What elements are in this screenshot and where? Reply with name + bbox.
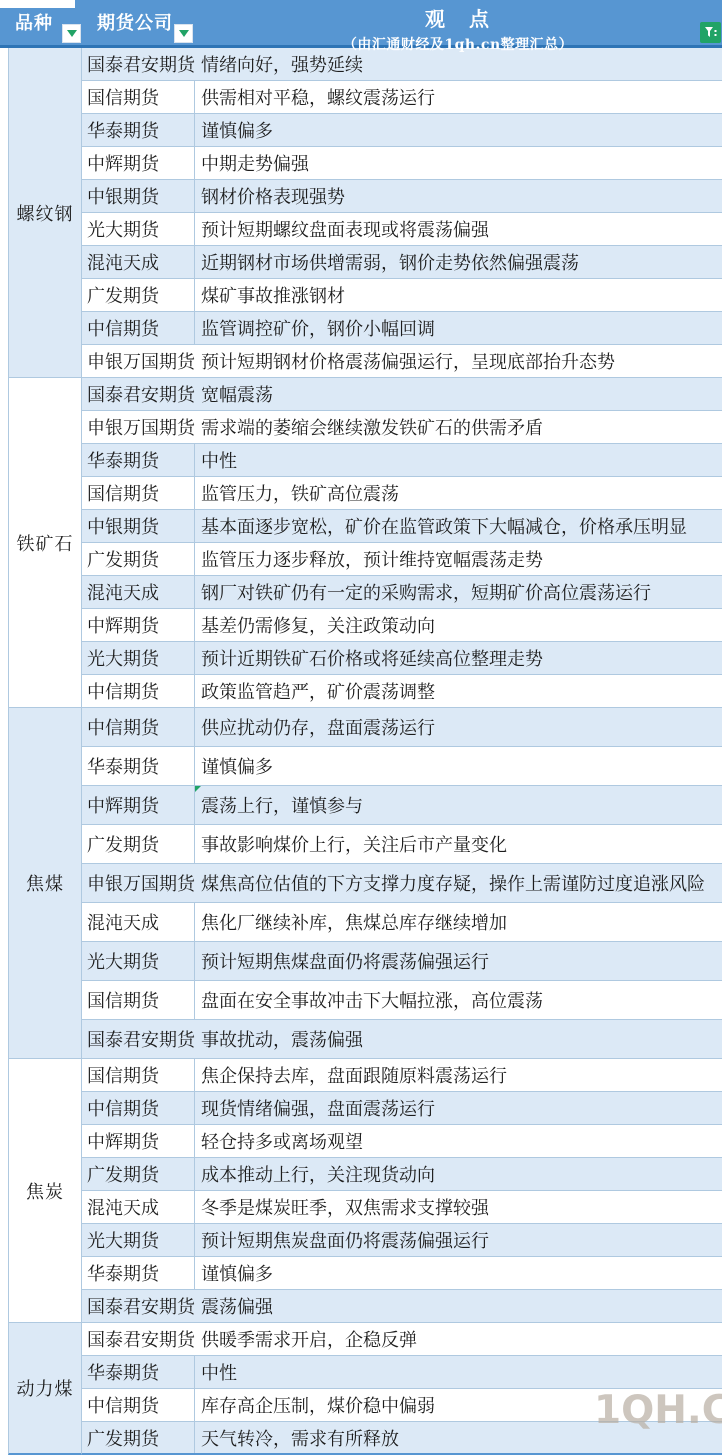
table-row: 华泰期货谨慎偏多 [82, 747, 722, 786]
company-cell[interactable]: 中银期货 [82, 180, 194, 212]
company-cell[interactable]: 中信期货 [82, 708, 194, 746]
variety-section: 螺纹钢国泰君安期货情绪向好，强势延续国信期货供需相对平稳，螺纹震荡运行华泰期货谨… [8, 48, 722, 378]
view-cell[interactable]: 震荡上行，谨慎参与 [194, 786, 722, 824]
view-cell[interactable]: 监管压力逐步释放，预计维持宽幅震荡走势 [194, 543, 722, 575]
view-cell[interactable]: 焦化厂继续补库，焦煤总库存继续增加 [194, 903, 722, 941]
view-cell[interactable]: 供需相对平稳，螺纹震荡运行 [194, 81, 722, 113]
view-cell[interactable]: 需求端的萎缩会继续激发铁矿石的供需矛盾 [194, 411, 722, 443]
table-row: 华泰期货谨慎偏多 [82, 1257, 722, 1290]
view-cell[interactable]: 预计短期焦煤盘面仍将震荡偏强运行 [194, 942, 722, 980]
section-rows: 国泰君安期货宽幅震荡申银万国期货需求端的萎缩会继续激发铁矿石的供需矛盾华泰期货中… [82, 378, 722, 708]
company-cell[interactable]: 国信期货 [82, 1059, 194, 1091]
view-cell[interactable]: 供暖季需求开启，企稳反弹 [194, 1323, 722, 1355]
variety-section: 焦煤中信期货供应扰动仍存，盘面震荡运行华泰期货谨慎偏多中辉期货震荡上行，谨慎参与… [8, 708, 722, 1059]
view-filter-button[interactable] [700, 22, 721, 43]
company-cell[interactable]: 混沌天成 [82, 576, 194, 608]
company-cell[interactable]: 申银万国期货 [82, 411, 194, 443]
company-cell[interactable]: 光大期货 [82, 1224, 194, 1256]
table-row: 中辉期货基差仍需修复，关注政策动向 [82, 609, 722, 642]
company-cell[interactable]: 广发期货 [82, 825, 194, 863]
company-cell[interactable]: 华泰期货 [82, 114, 194, 146]
table-row: 中银期货钢材价格表现强势 [82, 180, 722, 213]
view-cell[interactable]: 预计短期焦炭盘面仍将震荡偏强运行 [194, 1224, 722, 1256]
company-cell[interactable]: 华泰期货 [82, 444, 194, 476]
variety-cell[interactable]: 铁矿石 [8, 378, 82, 708]
company-cell[interactable]: 广发期货 [82, 1422, 194, 1453]
column-header-company: 期货公司 [82, 0, 194, 45]
view-cell[interactable]: 煤矿事故推涨钢材 [194, 279, 722, 311]
filter-dropdown-icon [67, 30, 77, 37]
comment-flag-icon [195, 786, 201, 792]
view-cell[interactable]: 谨慎偏多 [194, 114, 722, 146]
company-cell[interactable]: 混沌天成 [82, 903, 194, 941]
table-row: 中信期货政策监管趋严，矿价震荡调整 [82, 675, 722, 708]
view-header-title: 观 点 [194, 3, 722, 32]
view-cell[interactable]: 天气转冷，需求有所释放 [194, 1422, 722, 1453]
table-row: 中信期货库存高企压制，煤价稳中偏弱 [82, 1389, 722, 1422]
variety-filter-button[interactable] [62, 24, 81, 43]
company-cell[interactable]: 广发期货 [82, 279, 194, 311]
view-cell[interactable]: 盘面在安全事故冲击下大幅拉涨，高位震荡 [194, 981, 722, 1019]
variety-cell[interactable]: 焦煤 [8, 708, 82, 1059]
column-header-variety: 品种 [0, 0, 82, 45]
section-rows: 中信期货供应扰动仍存，盘面震荡运行华泰期货谨慎偏多中辉期货震荡上行，谨慎参与广发… [82, 708, 722, 1059]
company-cell[interactable]: 混沌天成 [82, 246, 194, 278]
view-cell[interactable]: 震荡偏强 [194, 1290, 722, 1322]
company-cell[interactable]: 国泰君安期货 [82, 48, 194, 80]
table-row: 广发期货监管压力逐步释放，预计维持宽幅震荡走势 [82, 543, 722, 576]
table-row: 华泰期货中性 [82, 1356, 722, 1389]
table-header: 品种 期货公司 观 点 （由汇通财经及1qh.cn整理汇总） [0, 0, 722, 48]
table-row: 混沌天成钢厂对铁矿仍有一定的采购需求，短期矿价高位震荡运行 [82, 576, 722, 609]
view-cell[interactable]: 中性 [194, 1356, 722, 1388]
view-cell[interactable]: 现货情绪偏强，盘面震荡运行 [194, 1092, 722, 1124]
table-row: 申银万国期货预计短期钢材价格震荡偏强运行，呈现底部抬升态势 [82, 345, 722, 378]
view-cell[interactable]: 中性 [194, 444, 722, 476]
company-cell[interactable]: 国泰君安期货 [82, 1323, 194, 1355]
table-row: 混沌天成冬季是煤炭旺季，双焦需求支撑较强 [82, 1191, 722, 1224]
table-row: 国信期货盘面在安全事故冲击下大幅拉涨，高位震荡 [82, 981, 722, 1020]
column-header-view: 观 点 （由汇通财经及1qh.cn整理汇总） [194, 0, 722, 45]
company-cell[interactable]: 中辉期货 [82, 147, 194, 179]
view-cell[interactable]: 基本面逐步宽松，矿价在监管政策下大幅减仓，价格承压明显 [194, 510, 722, 542]
company-header-label: 期货公司 [82, 9, 188, 35]
table-row: 中信期货供应扰动仍存，盘面震荡运行 [82, 708, 722, 747]
view-cell[interactable]: 情绪向好，强势延续 [194, 48, 722, 80]
view-cell[interactable]: 焦企保持去库，盘面跟随原料震荡运行 [194, 1059, 722, 1091]
view-cell[interactable]: 成本推动上行，关注现货动向 [194, 1158, 722, 1190]
table-row: 国信期货监管压力，铁矿高位震荡 [82, 477, 722, 510]
funnel-filter-icon [703, 25, 718, 40]
table-row: 国泰君安期货震荡偏强 [82, 1290, 722, 1323]
company-cell[interactable]: 国泰君安期货 [82, 378, 194, 410]
company-cell[interactable]: 国泰君安期货 [82, 1290, 194, 1322]
table-row: 中银期货基本面逐步宽松，矿价在监管政策下大幅减仓，价格承压明显 [82, 510, 722, 543]
company-cell[interactable]: 申银万国期货 [82, 864, 194, 902]
view-cell[interactable]: 预计短期螺纹盘面表现或将震荡偏强 [194, 213, 722, 245]
table-row: 中信期货现货情绪偏强，盘面震荡运行 [82, 1092, 722, 1125]
view-cell[interactable]: 中期走势偏强 [194, 147, 722, 179]
company-cell[interactable]: 华泰期货 [82, 1257, 194, 1289]
filter-dropdown-icon [179, 30, 189, 37]
company-cell[interactable]: 光大期货 [82, 642, 194, 674]
table-row: 中辉期货中期走势偏强 [82, 147, 722, 180]
company-cell[interactable]: 光大期货 [82, 942, 194, 980]
table-row: 广发期货成本推动上行，关注现货动向 [82, 1158, 722, 1191]
table-row: 混沌天成焦化厂继续补库，焦煤总库存继续增加 [82, 903, 722, 942]
section-rows: 国泰君安期货供暖季需求开启，企稳反弹华泰期货中性中信期货库存高企压制，煤价稳中偏… [82, 1323, 722, 1455]
view-cell[interactable]: 钢厂对铁矿仍有一定的采购需求，短期矿价高位震荡运行 [194, 576, 722, 608]
table-row: 国信期货焦企保持去库，盘面跟随原料震荡运行 [82, 1059, 722, 1092]
variety-section: 动力煤国泰君安期货供暖季需求开启，企稳反弹华泰期货中性中信期货库存高企压制，煤价… [8, 1323, 722, 1455]
variety-section: 焦炭国信期货焦企保持去库，盘面跟随原料震荡运行中信期货现货情绪偏强，盘面震荡运行… [8, 1059, 722, 1323]
table-row: 国泰君安期货供暖季需求开启，企稳反弹 [82, 1323, 722, 1356]
view-cell[interactable]: 基差仍需修复，关注政策动向 [194, 609, 722, 641]
company-cell[interactable]: 中银期货 [82, 510, 194, 542]
view-cell[interactable]: 谨慎偏多 [194, 1257, 722, 1289]
company-cell[interactable]: 中辉期货 [82, 786, 194, 824]
view-cell[interactable]: 监管调控矿价，钢价小幅回调 [194, 312, 722, 344]
view-cell[interactable]: 预计短期钢材价格震荡偏强运行，呈现底部抬升态势 [194, 345, 722, 377]
table-row: 国信期货供需相对平稳，螺纹震荡运行 [82, 81, 722, 114]
company-cell[interactable]: 华泰期货 [82, 747, 194, 785]
view-cell[interactable]: 库存高企压制，煤价稳中偏弱 [194, 1389, 722, 1421]
view-cell[interactable]: 预计近期铁矿石价格或将延续高位整理走势 [194, 642, 722, 674]
section-rows: 国信期货焦企保持去库，盘面跟随原料震荡运行中信期货现货情绪偏强，盘面震荡运行中辉… [82, 1059, 722, 1323]
table-row: 广发期货煤矿事故推涨钢材 [82, 279, 722, 312]
table-body: 螺纹钢国泰君安期货情绪向好，强势延续国信期货供需相对平稳，螺纹震荡运行华泰期货谨… [8, 48, 722, 1455]
table-row: 中信期货监管调控矿价，钢价小幅回调 [82, 312, 722, 345]
table-row: 光大期货预计近期铁矿石价格或将延续高位整理走势 [82, 642, 722, 675]
view-cell[interactable]: 轻仓持多或离场观望 [194, 1125, 722, 1157]
table-row: 广发期货事故影响煤价上行，关注后市产量变化 [82, 825, 722, 864]
table-row: 中辉期货轻仓持多或离场观望 [82, 1125, 722, 1158]
view-cell[interactable]: 事故扰动，震荡偏强 [194, 1020, 722, 1058]
company-filter-button[interactable] [174, 24, 193, 43]
variety-section: 铁矿石国泰君安期货宽幅震荡申银万国期货需求端的萎缩会继续激发铁矿石的供需矛盾华泰… [8, 378, 722, 708]
variety-cell[interactable]: 动力煤 [8, 1323, 82, 1455]
variety-cell[interactable]: 螺纹钢 [8, 48, 82, 378]
company-cell[interactable]: 中辉期货 [82, 1125, 194, 1157]
company-cell[interactable]: 中信期货 [82, 1092, 194, 1124]
table-row: 华泰期货中性 [82, 444, 722, 477]
view-cell[interactable]: 冬季是煤炭旺季，双焦需求支撑较强 [194, 1191, 722, 1223]
view-cell[interactable]: 煤焦高位估值的下方支撑力度存疑，操作上需谨防过度追涨风险 [194, 864, 722, 902]
company-cell[interactable]: 华泰期货 [82, 1356, 194, 1388]
view-cell[interactable]: 近期钢材市场供增需弱，钢价走势依然偏强震荡 [194, 246, 722, 278]
table-row: 混沌天成近期钢材市场供增需弱，钢价走势依然偏强震荡 [82, 246, 722, 279]
company-cell[interactable]: 广发期货 [82, 1158, 194, 1190]
table-row: 申银万国期货需求端的萎缩会继续激发铁矿石的供需矛盾 [82, 411, 722, 444]
table-row: 华泰期货谨慎偏多 [82, 114, 722, 147]
company-cell[interactable]: 中信期货 [82, 1389, 194, 1421]
table-row: 光大期货预计短期螺纹盘面表现或将震荡偏强 [82, 213, 722, 246]
company-cell[interactable]: 国信期货 [82, 981, 194, 1019]
company-cell[interactable]: 国信期货 [82, 477, 194, 509]
company-cell[interactable]: 国泰君安期货 [82, 1020, 194, 1058]
company-cell[interactable]: 混沌天成 [82, 1191, 194, 1223]
company-cell[interactable]: 中信期货 [82, 312, 194, 344]
company-cell[interactable]: 中信期货 [82, 675, 194, 707]
table-row: 中辉期货震荡上行，谨慎参与 [82, 786, 722, 825]
table-row: 光大期货预计短期焦炭盘面仍将震荡偏强运行 [82, 1224, 722, 1257]
view-cell[interactable]: 钢材价格表现强势 [194, 180, 722, 212]
variety-cell[interactable]: 焦炭 [8, 1059, 82, 1323]
view-cell[interactable]: 供应扰动仍存，盘面震荡运行 [194, 708, 722, 746]
view-cell[interactable]: 监管压力，铁矿高位震荡 [194, 477, 722, 509]
view-cell[interactable]: 宽幅震荡 [194, 378, 722, 410]
view-cell[interactable]: 事故影响煤价上行，关注后市产量变化 [194, 825, 722, 863]
company-cell[interactable]: 国信期货 [82, 81, 194, 113]
table-row: 国泰君安期货事故扰动，震荡偏强 [82, 1020, 722, 1059]
table-row: 国泰君安期货宽幅震荡 [82, 378, 722, 411]
table-row: 申银万国期货煤焦高位估值的下方支撑力度存疑，操作上需谨防过度追涨风险 [82, 864, 722, 903]
company-cell[interactable]: 广发期货 [82, 543, 194, 575]
view-cell[interactable]: 谨慎偏多 [194, 747, 722, 785]
section-rows: 国泰君安期货情绪向好，强势延续国信期货供需相对平稳，螺纹震荡运行华泰期货谨慎偏多… [82, 48, 722, 378]
variety-header-label: 品种 [0, 9, 68, 35]
table-row: 光大期货预计短期焦煤盘面仍将震荡偏强运行 [82, 942, 722, 981]
company-cell[interactable]: 中辉期货 [82, 609, 194, 641]
view-cell[interactable]: 政策监管趋严，矿价震荡调整 [194, 675, 722, 707]
company-cell[interactable]: 申银万国期货 [82, 345, 194, 377]
company-cell[interactable]: 光大期货 [82, 213, 194, 245]
table-row: 广发期货天气转冷，需求有所释放 [82, 1422, 722, 1455]
table-row: 国泰君安期货情绪向好，强势延续 [82, 48, 722, 81]
